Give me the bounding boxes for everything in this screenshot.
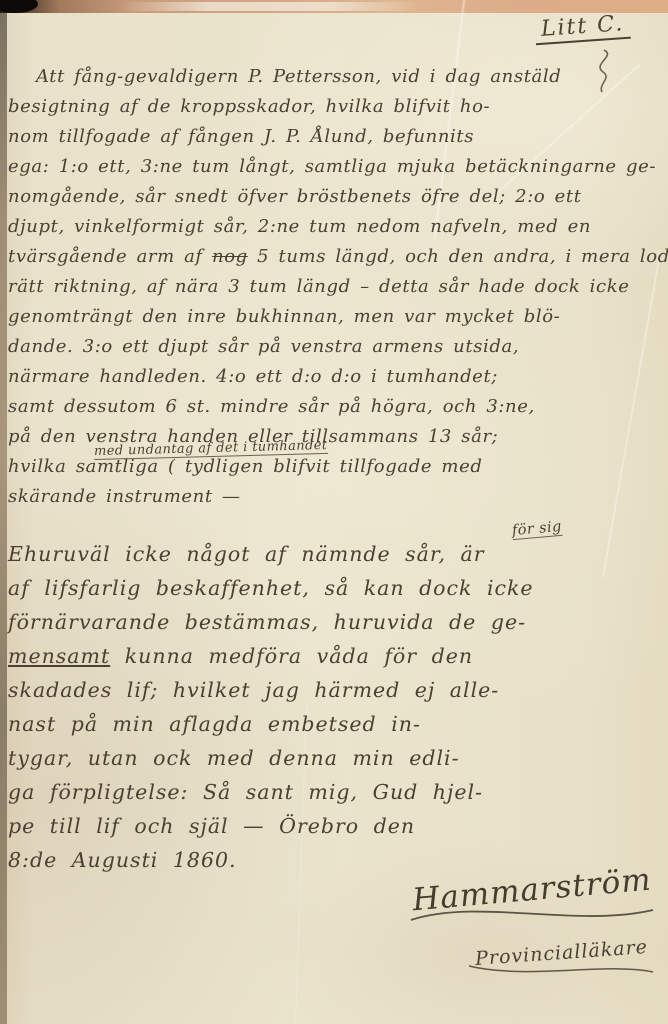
page-left-edge-shadow [0, 0, 7, 1024]
manuscript-line: nom tillfogade af fången J. P. Ålund, be… [8, 126, 666, 156]
manuscript-line: hvilka samtliga ( tydligen blifvit tillf… [8, 456, 666, 486]
manuscript-line: förnärvarande bestämmas, huruvida de ge- [8, 610, 666, 644]
manuscript-line: nast på min aflagda embetsed in- [8, 712, 666, 746]
page-top-edge-light [120, 2, 420, 11]
manuscript-text: tvärsgående arm af [8, 246, 203, 267]
manuscript-line: pe till lif och själ — Örebro den [8, 814, 666, 848]
manuscript-line: skadades lif; hvilket jag härmed ej alle… [8, 678, 666, 712]
scanned-manuscript-page: Litt C. Att fång-gevaldigern P. Petterss… [0, 0, 668, 1024]
archival-annotation-litt-c: Litt C. [534, 11, 631, 46]
manuscript-line: genomträngt den inre bukhinnan, men var … [8, 306, 666, 336]
manuscript-paragraph-assessment: Ehuruväl icke något af nämnde sår, är af… [8, 542, 666, 882]
manuscript-line: djupt, vinkelformigt sår, 2:ne tum nedom… [8, 216, 666, 246]
manuscript-line: besigtning af de kroppsskador, hvilka bl… [8, 96, 666, 126]
manuscript-line: Ehuruväl icke något af nämnde sår, är [8, 542, 666, 576]
manuscript-line: närmare handleden. 4:o ett d:o d:o i tum… [8, 366, 666, 396]
manuscript-line: ga förpligtelse: Så sant mig, Gud hjel- [8, 780, 666, 814]
manuscript-line: samt dessutom 6 st. mindre sår på högra,… [8, 396, 666, 426]
manuscript-text: kunna medföra våda för den [125, 644, 473, 668]
interlinear-insertion: för sig [511, 519, 562, 540]
manuscript-line: af lifsfarlig beskaffenhet, så kan dock … [8, 576, 666, 610]
signature-title-block: Provincialläkare [462, 942, 662, 980]
manuscript-text: 5 tums längd, och den andra, i mera lod- [257, 246, 668, 267]
manuscript-line: skärande instrument — [8, 486, 666, 516]
manuscript-line: rätt riktning, af nära 3 tum längd – det… [8, 276, 666, 306]
struck-out-word: nog [212, 246, 248, 267]
manuscript-line: nomgående, sår snedt öfver bröstbenets ö… [8, 186, 666, 216]
manuscript-line: Att fång-gevaldigern P. Pettersson, vid … [8, 66, 666, 96]
manuscript-line: tvärsgående arm af nog 5 tums längd, och… [8, 246, 666, 276]
manuscript-line: mensamt kunna medföra våda för den [8, 644, 666, 678]
underlined-word: mensamt [8, 644, 110, 668]
manuscript-line: dande. 3:o ett djupt sår på venstra arme… [8, 336, 666, 366]
signature-block: Hammarström [400, 872, 664, 926]
manuscript-line: ega: 1:o ett, 3:ne tum långt, samtliga m… [8, 156, 666, 186]
manuscript-line: tygar, utan ock med denna min edli- [8, 746, 666, 780]
